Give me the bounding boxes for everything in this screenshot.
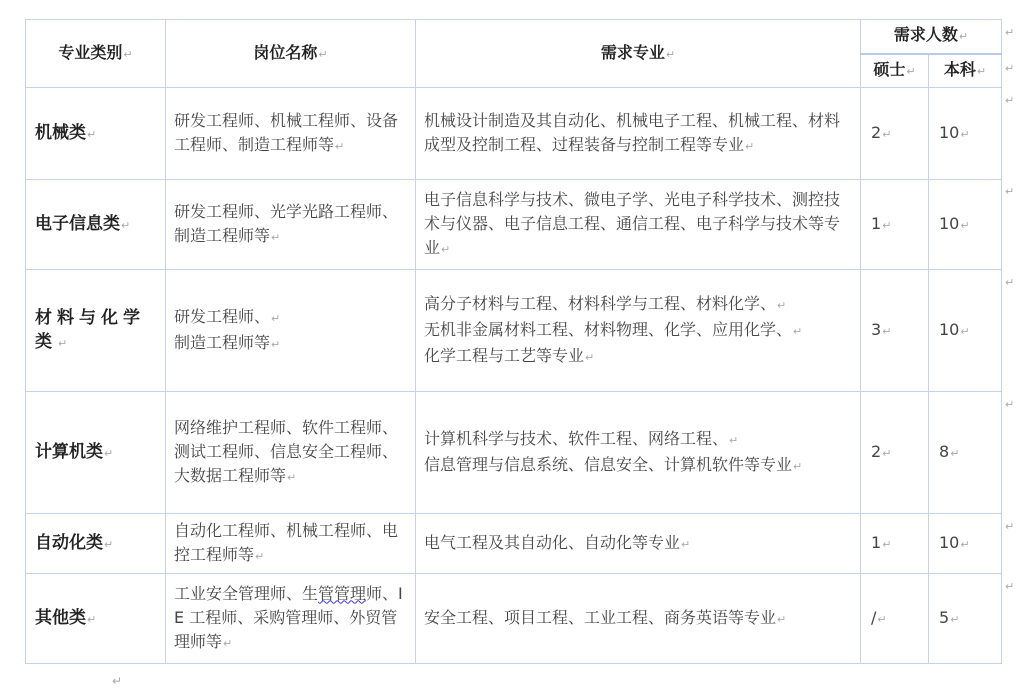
category-cell: 自动化类↵ <box>26 514 166 574</box>
master-count-cell: 2↵ <box>861 392 929 514</box>
header-category: 专业类别↵ <box>26 20 166 88</box>
table-row: 机械类↵ 研发工程师、机械工程师、设备工程师、制造工程师等↵ 机械设计制造及其自… <box>26 88 1002 180</box>
position-cell: 网络维护工程师、软件工程师、测试工程师、信息安全工程师、大数据工程师等↵ <box>166 392 416 514</box>
table-row: 计算机类↵ 网络维护工程师、软件工程师、测试工程师、信息安全工程师、大数据工程师… <box>26 392 1002 514</box>
row-end-mark: ↵ <box>1005 62 1014 75</box>
master-count-cell: 1↵ <box>861 180 929 270</box>
bachelor-count-cell: 10↵ <box>929 514 1002 574</box>
row-end-mark: ↵ <box>1005 520 1014 533</box>
bachelor-count-cell: 10↵ <box>929 88 1002 180</box>
major-cell: 高分子材料与工程、材料科学与工程、材料化学、↵ 无机非金属材料工程、材料物理、化… <box>416 270 861 392</box>
header-master: 硕士↵ <box>861 54 929 88</box>
bachelor-count-cell: 10↵ <box>929 180 1002 270</box>
header-demand-count: 需求人数↵ <box>861 20 1002 54</box>
category-cell: 计算机类↵ <box>26 392 166 514</box>
row-end-mark: ↵ <box>1005 276 1014 289</box>
table-row: 材料与化学类↵ 研发工程师、↵ 制造工程师等↵ 高分子材料与工程、材料科学与工程… <box>26 270 1002 392</box>
table-row: 其他类↵ 工业安全管理师、生管管理师、IE 工程师、采购管理师、外贸管理师等↵ … <box>26 574 1002 664</box>
header-major: 需求专业↵ <box>416 20 861 88</box>
master-count-cell: 2↵ <box>861 88 929 180</box>
spellcheck-underline[interactable]: 管管理 <box>318 584 366 603</box>
category-cell: 其他类↵ <box>26 574 166 664</box>
header-bachelor: 本科↵ <box>929 54 1002 88</box>
header-position: 岗位名称↵ <box>166 20 416 88</box>
position-cell: 工业安全管理师、生管管理师、IE 工程师、采购管理师、外贸管理师等↵ <box>166 574 416 664</box>
position-cell: 自动化工程师、机械工程师、电控工程师等↵ <box>166 514 416 574</box>
position-cell: 研发工程师、光学光路工程师、制造工程师等↵ <box>166 180 416 270</box>
table-row: 电子信息类↵ 研发工程师、光学光路工程师、制造工程师等↵ 电子信息科学与技术、微… <box>26 180 1002 270</box>
table-row: 自动化类↵ 自动化工程师、机械工程师、电控工程师等↵ 电气工程及其自动化、自动化… <box>26 514 1002 574</box>
position-cell: 研发工程师、机械工程师、设备工程师、制造工程师等↵ <box>166 88 416 180</box>
category-cell: 电子信息类↵ <box>26 180 166 270</box>
recruitment-table: 专业类别↵ 岗位名称↵ 需求专业↵ 需求人数↵ 硕士↵ 本科↵ 机械类↵ 研发工… <box>25 19 1002 664</box>
trailing-paragraph-mark: ↵ <box>112 674 122 688</box>
major-cell: 安全工程、项目工程、工业工程、商务英语等专业↵ <box>416 574 861 664</box>
master-count-cell: 1↵ <box>861 514 929 574</box>
major-cell: 电子信息科学与技术、微电子学、光电子科学技术、测控技术与仪器、电子信息工程、通信… <box>416 180 861 270</box>
row-end-mark: ↵ <box>1005 94 1014 107</box>
category-cell: 机械类↵ <box>26 88 166 180</box>
row-end-mark: ↵ <box>1005 580 1014 593</box>
master-count-cell: /↵ <box>861 574 929 664</box>
master-count-cell: 3↵ <box>861 270 929 392</box>
category-cell: 材料与化学类↵ <box>26 270 166 392</box>
position-cell: 研发工程师、↵ 制造工程师等↵ <box>166 270 416 392</box>
major-cell: 计算机科学与技术、软件工程、网络工程、↵ 信息管理与信息系统、信息安全、计算机软… <box>416 392 861 514</box>
row-end-mark: ↵ <box>1005 26 1014 39</box>
row-end-mark: ↵ <box>1005 185 1014 198</box>
bachelor-count-cell: 10↵ <box>929 270 1002 392</box>
bachelor-count-cell: 8↵ <box>929 392 1002 514</box>
bachelor-count-cell: 5↵ <box>929 574 1002 664</box>
major-cell: 机械设计制造及其自动化、机械电子工程、机械工程、材料成型及控制工程、过程装备与控… <box>416 88 861 180</box>
major-cell: 电气工程及其自动化、自动化等专业↵ <box>416 514 861 574</box>
row-end-mark: ↵ <box>1005 398 1014 411</box>
